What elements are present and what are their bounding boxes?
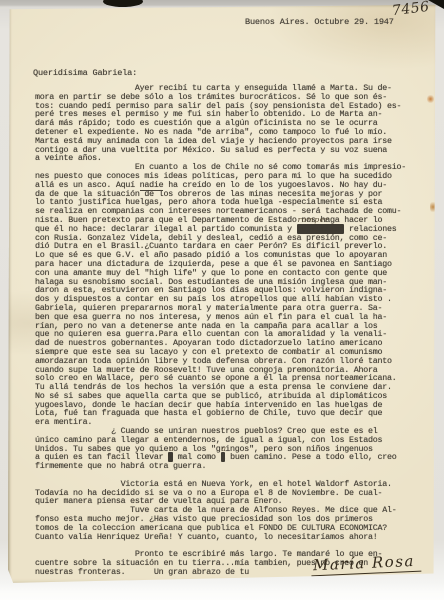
letter-line: firmemente que no habrá otra guerra.: [35, 462, 431, 471]
letter-line: Cuanto valía Henriquez Ureña! Y cuanto, …: [35, 533, 431, 542]
scanned-letter-photo: Buenos Aires. Octubre 29. 1947 Queridísi…: [0, 0, 444, 600]
salutation: Queridísima Gabriela:: [33, 68, 137, 78]
letter-page: Buenos Aires. Octubre 29. 1947 Queridísi…: [8, 4, 437, 584]
paper-clip-shadow: [103, 0, 143, 7]
letter-line: Lota, fué tan fraguada que hasta el gobi…: [35, 409, 431, 418]
dateline: Buenos Aires. Octubre 29. 1947: [245, 17, 394, 27]
letter-body: Ayer recibí tu carta y enseguida llamé a…: [35, 84, 431, 577]
